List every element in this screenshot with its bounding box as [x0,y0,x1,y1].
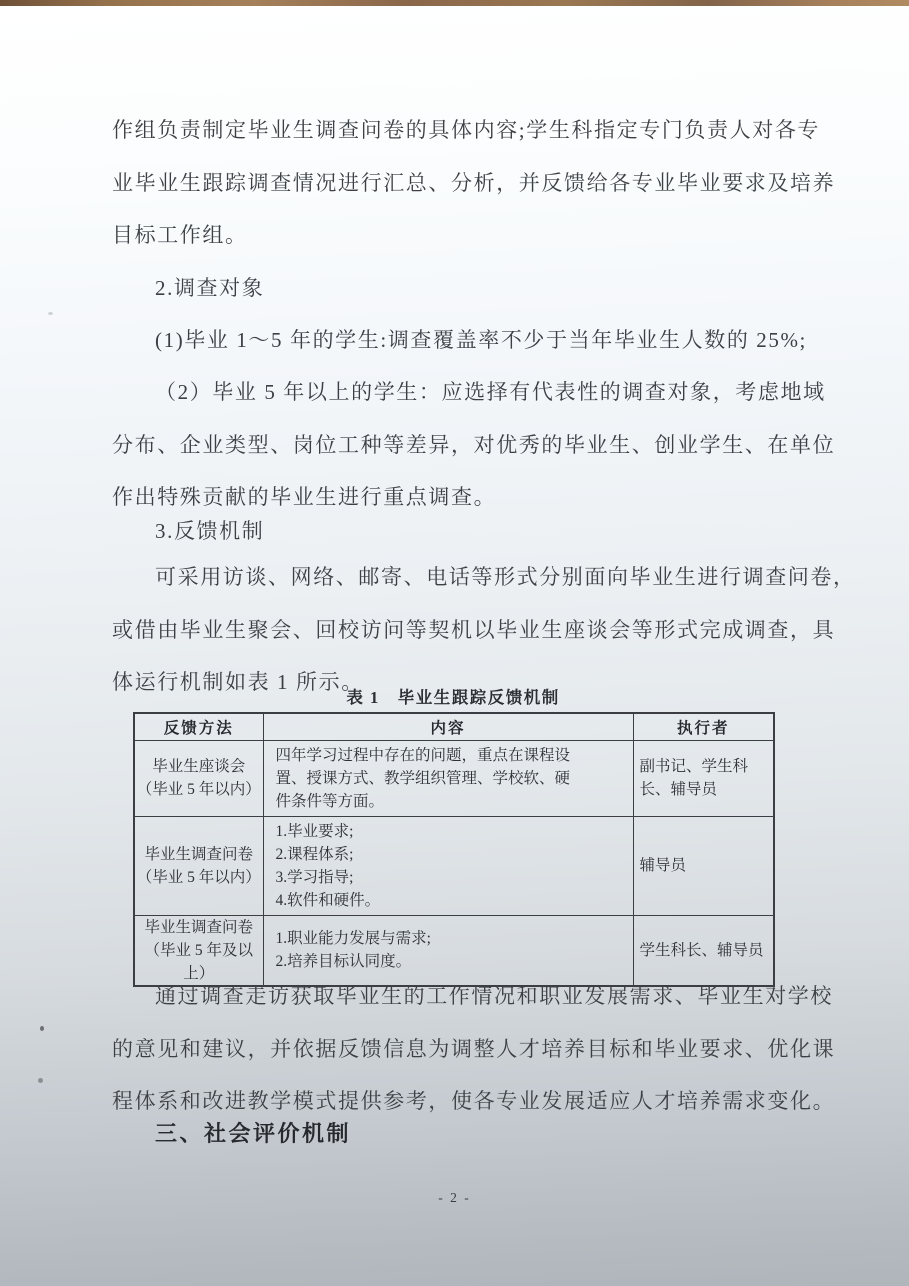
body-line: 的意见和建议，并依据反馈信息为调整人才培养目标和毕业要求、优化课 [112,1023,818,1076]
table-header-row: 反馈方法 内容 执行者 [134,713,774,740]
header-content: 内容 [263,713,633,740]
photo-edge-strip [0,0,909,6]
body-line: 3.反馈机制 [112,505,818,558]
body-line: 分布、企业类型、岗位工种等差异，对优秀的毕业生、创业学生、在单位 [112,419,818,472]
body-line: 通过调查走访获取毕业生的工作情况和职业发展需求、毕业生对学校 [112,970,818,1023]
table-row: 毕业生调查问卷 （毕业 5 年以内） 1.毕业要求; 2.课程体系; 3.学习指… [134,816,774,915]
body-line: 目标工作组。 [112,209,818,262]
method-cell: 毕业生座谈会 （毕业 5 年以内） [134,740,263,816]
body-line: 业毕业生跟踪调查情况进行汇总、分析，并反馈给各专业毕业要求及培养 [112,157,818,210]
executor-cell: 辅导员 [633,816,774,915]
scanned-document-page: 作组负责制定毕业生调查问卷的具体内容;学生科指定专门负责人对各专 业毕业生跟踪调… [0,0,909,1286]
content-line: 四年学习过程中存在的问题，重点在课程设 [276,744,621,767]
header-feedback-method: 反馈方法 [134,713,263,740]
section-3-heading: 三、社会评价机制 [112,1108,351,1160]
scan-speck [40,1026,44,1031]
list-item-1: (1)毕业 1～5 年的学生:调查覆盖率不少于当年毕业生人数的 25%; [112,314,818,367]
table-caption: 表 1 毕业生跟踪反馈机制 [133,684,773,708]
body-line: 或借由毕业生聚会、回校访问等契机以毕业生座谈会等形式完成调查，具 [112,604,818,657]
method-cell: 毕业生调查问卷 （毕业 5 年以内） [134,816,263,915]
content-line: 4.软件和硬件。 [276,889,621,912]
body-line: 可采用访谈、网络、邮寄、电话等形式分别面向毕业生进行调查问卷， [112,551,818,604]
paragraph-continued: 作组负责制定毕业生调查问卷的具体内容;学生科指定专门负责人对各专 业毕业生跟踪调… [112,104,818,262]
scan-speck [48,312,53,315]
scan-speck [38,1078,43,1083]
subsection-2-heading: 2.调查对象 [112,262,818,315]
header-executor: 执行者 [633,713,774,740]
content-line: 2.课程体系; [276,843,621,866]
page-number: - 2 - [0,1190,909,1206]
body-line: (1)毕业 1～5 年的学生:调查覆盖率不少于当年毕业生人数的 25%; [112,314,818,367]
content-line: 件条件等方面。 [276,790,621,813]
content-line: 置、授课方式、教学组织管理、学校软、硬 [276,767,621,790]
content-line: 3.学习指导; [276,866,621,889]
content-cell: 四年学习过程中存在的问题，重点在课程设 置、授课方式、教学组织管理、学校软、硬 … [263,740,633,816]
content-cell: 1.毕业要求; 2.课程体系; 3.学习指导; 4.软件和硬件。 [263,816,633,915]
body-line: 作组负责制定毕业生调查问卷的具体内容;学生科指定专门负责人对各专 [112,104,818,157]
method-line: （毕业 5 年以内） [135,778,263,801]
body-line: 2.调查对象 [112,262,818,315]
content-line: 1.职业能力发展与需求; [276,927,621,950]
subsection-3-heading: 3.反馈机制 [112,505,818,558]
method-line: 毕业生座谈会 [135,755,263,778]
feedback-table: 反馈方法 内容 执行者 毕业生座谈会 （毕业 5 年以内） 四年学习过程中存在的… [133,712,775,987]
paragraph-conclusion: 通过调查走访获取毕业生的工作情况和职业发展需求、毕业生对学校 的意见和建议，并依… [112,970,818,1128]
executor-cell: 副书记、学生科长、辅导员 [633,740,774,816]
method-line: （毕业 5 年以内） [135,866,263,889]
list-item-2: （2）毕业 5 年以上的学生：应选择有代表性的调查对象，考虑地域 分布、企业类型… [112,366,818,524]
body-line: （2）毕业 5 年以上的学生：应选择有代表性的调查对象，考虑地域 [112,366,818,419]
method-line: 毕业生调查问卷 [135,916,263,939]
content-line: 1.毕业要求; [276,820,621,843]
method-line: 毕业生调查问卷 [135,843,263,866]
table-row: 毕业生座谈会 （毕业 5 年以内） 四年学习过程中存在的问题，重点在课程设 置、… [134,740,774,816]
